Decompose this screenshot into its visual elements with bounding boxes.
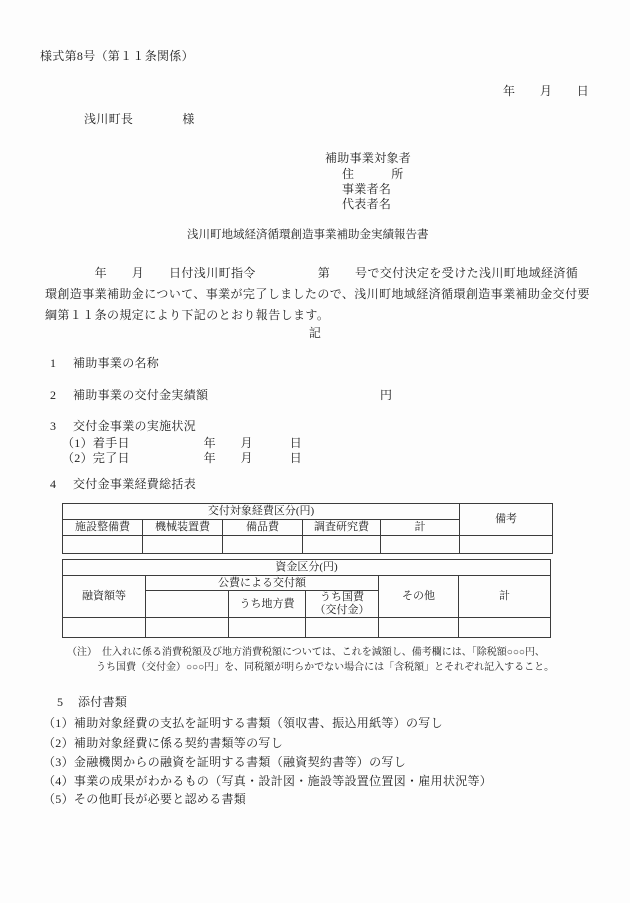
fund-col-national: うち国費 （交付金） — [306, 591, 379, 618]
expense-col-research: 調査研究費 — [303, 520, 381, 536]
expense-cell-total — [381, 536, 460, 554]
document-title: 浅川町地域経済循環創造事業補助金実績報告書 — [187, 228, 429, 243]
addressee: 浅川町長 様 — [84, 112, 195, 127]
expense-cell-machinery — [143, 536, 223, 554]
fund-col-national-line1: うち国費 — [306, 591, 378, 604]
expense-table-header: 交付対象経費区分(円) — [63, 504, 460, 520]
fund-col-other: その他 — [379, 576, 459, 618]
applicant-business-name-label: 事業者名 — [342, 182, 391, 197]
item-3-label: 交付金事業の実施状況 — [73, 419, 196, 434]
attachment-item-3: （3）金融機関からの融資を証明する書類（融資契約書等）の写し — [43, 755, 406, 770]
item-4-number: 4 — [50, 477, 56, 492]
body-line-1: 年 月 日付浅川町指令 第 号で交付決定を受けた浅川町地域経済循 — [45, 266, 578, 281]
expense-cell-research — [303, 536, 381, 554]
attachment-item-5: （5）その他町長が必要と認める書類 — [43, 792, 246, 807]
expense-cell-facility — [63, 536, 143, 554]
fund-cell-public-blank — [146, 618, 229, 638]
fund-cell-total — [459, 618, 551, 638]
fund-col-total: 計 — [459, 576, 551, 618]
expense-col-facility: 施設整備費 — [63, 520, 143, 536]
attachments-number: 5 — [57, 695, 63, 710]
fund-cell-other — [379, 618, 459, 638]
item-4-label: 交付金事業経費総括表 — [73, 477, 196, 492]
applicant-address-label: 住 所 — [342, 167, 404, 182]
item-2-number: 2 — [50, 388, 56, 403]
fund-col-loan: 融資額等 — [63, 576, 146, 618]
expense-remarks-header: 備考 — [460, 504, 553, 536]
item-3-sub-end-date: （2）完了日 年 月 日 — [62, 451, 302, 466]
fund-cell-national — [306, 618, 379, 638]
fund-cell-local — [229, 618, 306, 638]
expense-col-equipment: 備品費 — [223, 520, 303, 536]
attachment-item-2: （2）補助対象経費に係る契約書類等の写し — [43, 736, 283, 751]
form-number: 様式第8号（第１１条関係） — [40, 49, 194, 64]
fund-public-grant-header: 公費による交付額 — [146, 576, 379, 591]
body-line-3: 綱第１１条の規定により下記のとおり報告します。 — [45, 308, 329, 323]
item-2-unit-yen: 円 — [380, 388, 392, 403]
note-line-1: （注） 仕入れに係る消費税額及び地方消費税額については、これを減額し、備考欄には… — [67, 646, 545, 659]
fund-col-local: うち地方費 — [229, 591, 306, 618]
item-1-label: 補助事業の名称 — [73, 356, 159, 371]
fund-table-header: 資金区分(円) — [63, 560, 551, 576]
date-line: 年 月 日 — [503, 84, 589, 99]
fund-cell-loan — [63, 618, 146, 638]
expense-summary-table: 交付対象経費区分(円) 備考 施設整備費 機械装置費 備品費 調査研究費 計 — [62, 503, 553, 554]
fund-col-national-line2: （交付金） — [306, 604, 378, 617]
attachment-item-4: （4）事業の成果がわかるもの（写真・設計図・施設等設置位置図・雇用状況等） — [43, 774, 492, 789]
expense-cell-equipment — [223, 536, 303, 554]
applicant-representative-label: 代表者名 — [342, 197, 391, 212]
applicant-heading: 補助事業対象者 — [325, 151, 411, 166]
attachment-item-1: （1）補助対象経費の支払を証明する書類（領収書、振込用紙等）の写し — [43, 716, 443, 731]
ki-marker: 記 — [0, 326, 630, 341]
item-1-number: 1 — [50, 356, 56, 371]
body-line-2: 環創造事業補助金について、事業が完了しましたので、浅川町地域経済循環創造事業補助… — [45, 287, 590, 302]
fund-classification-table: 資金区分(円) 融資額等 公費による交付額 その他 計 うち地方費 うち国費 （… — [62, 559, 551, 638]
expense-cell-remarks — [460, 536, 553, 554]
attachments-label: 添付書類 — [78, 695, 127, 710]
item-3-number: 3 — [50, 419, 56, 434]
note-line-2: うち国費（交付金）○○○円」を、同税額が明らかでない場合には「含税額」とそれぞれ… — [96, 661, 554, 674]
item-3-sub-start-date: （1）着手日 年 月 日 — [62, 436, 302, 451]
expense-col-machinery: 機械装置費 — [143, 520, 223, 536]
item-2-label: 補助事業の交付金実績額 — [73, 388, 208, 403]
fund-public-subcol-blank — [146, 591, 229, 618]
document-page: 様式第8号（第１１条関係） 年 月 日 浅川町長 様 補助事業対象者 住 所 事… — [0, 0, 630, 903]
expense-col-total: 計 — [381, 520, 460, 536]
